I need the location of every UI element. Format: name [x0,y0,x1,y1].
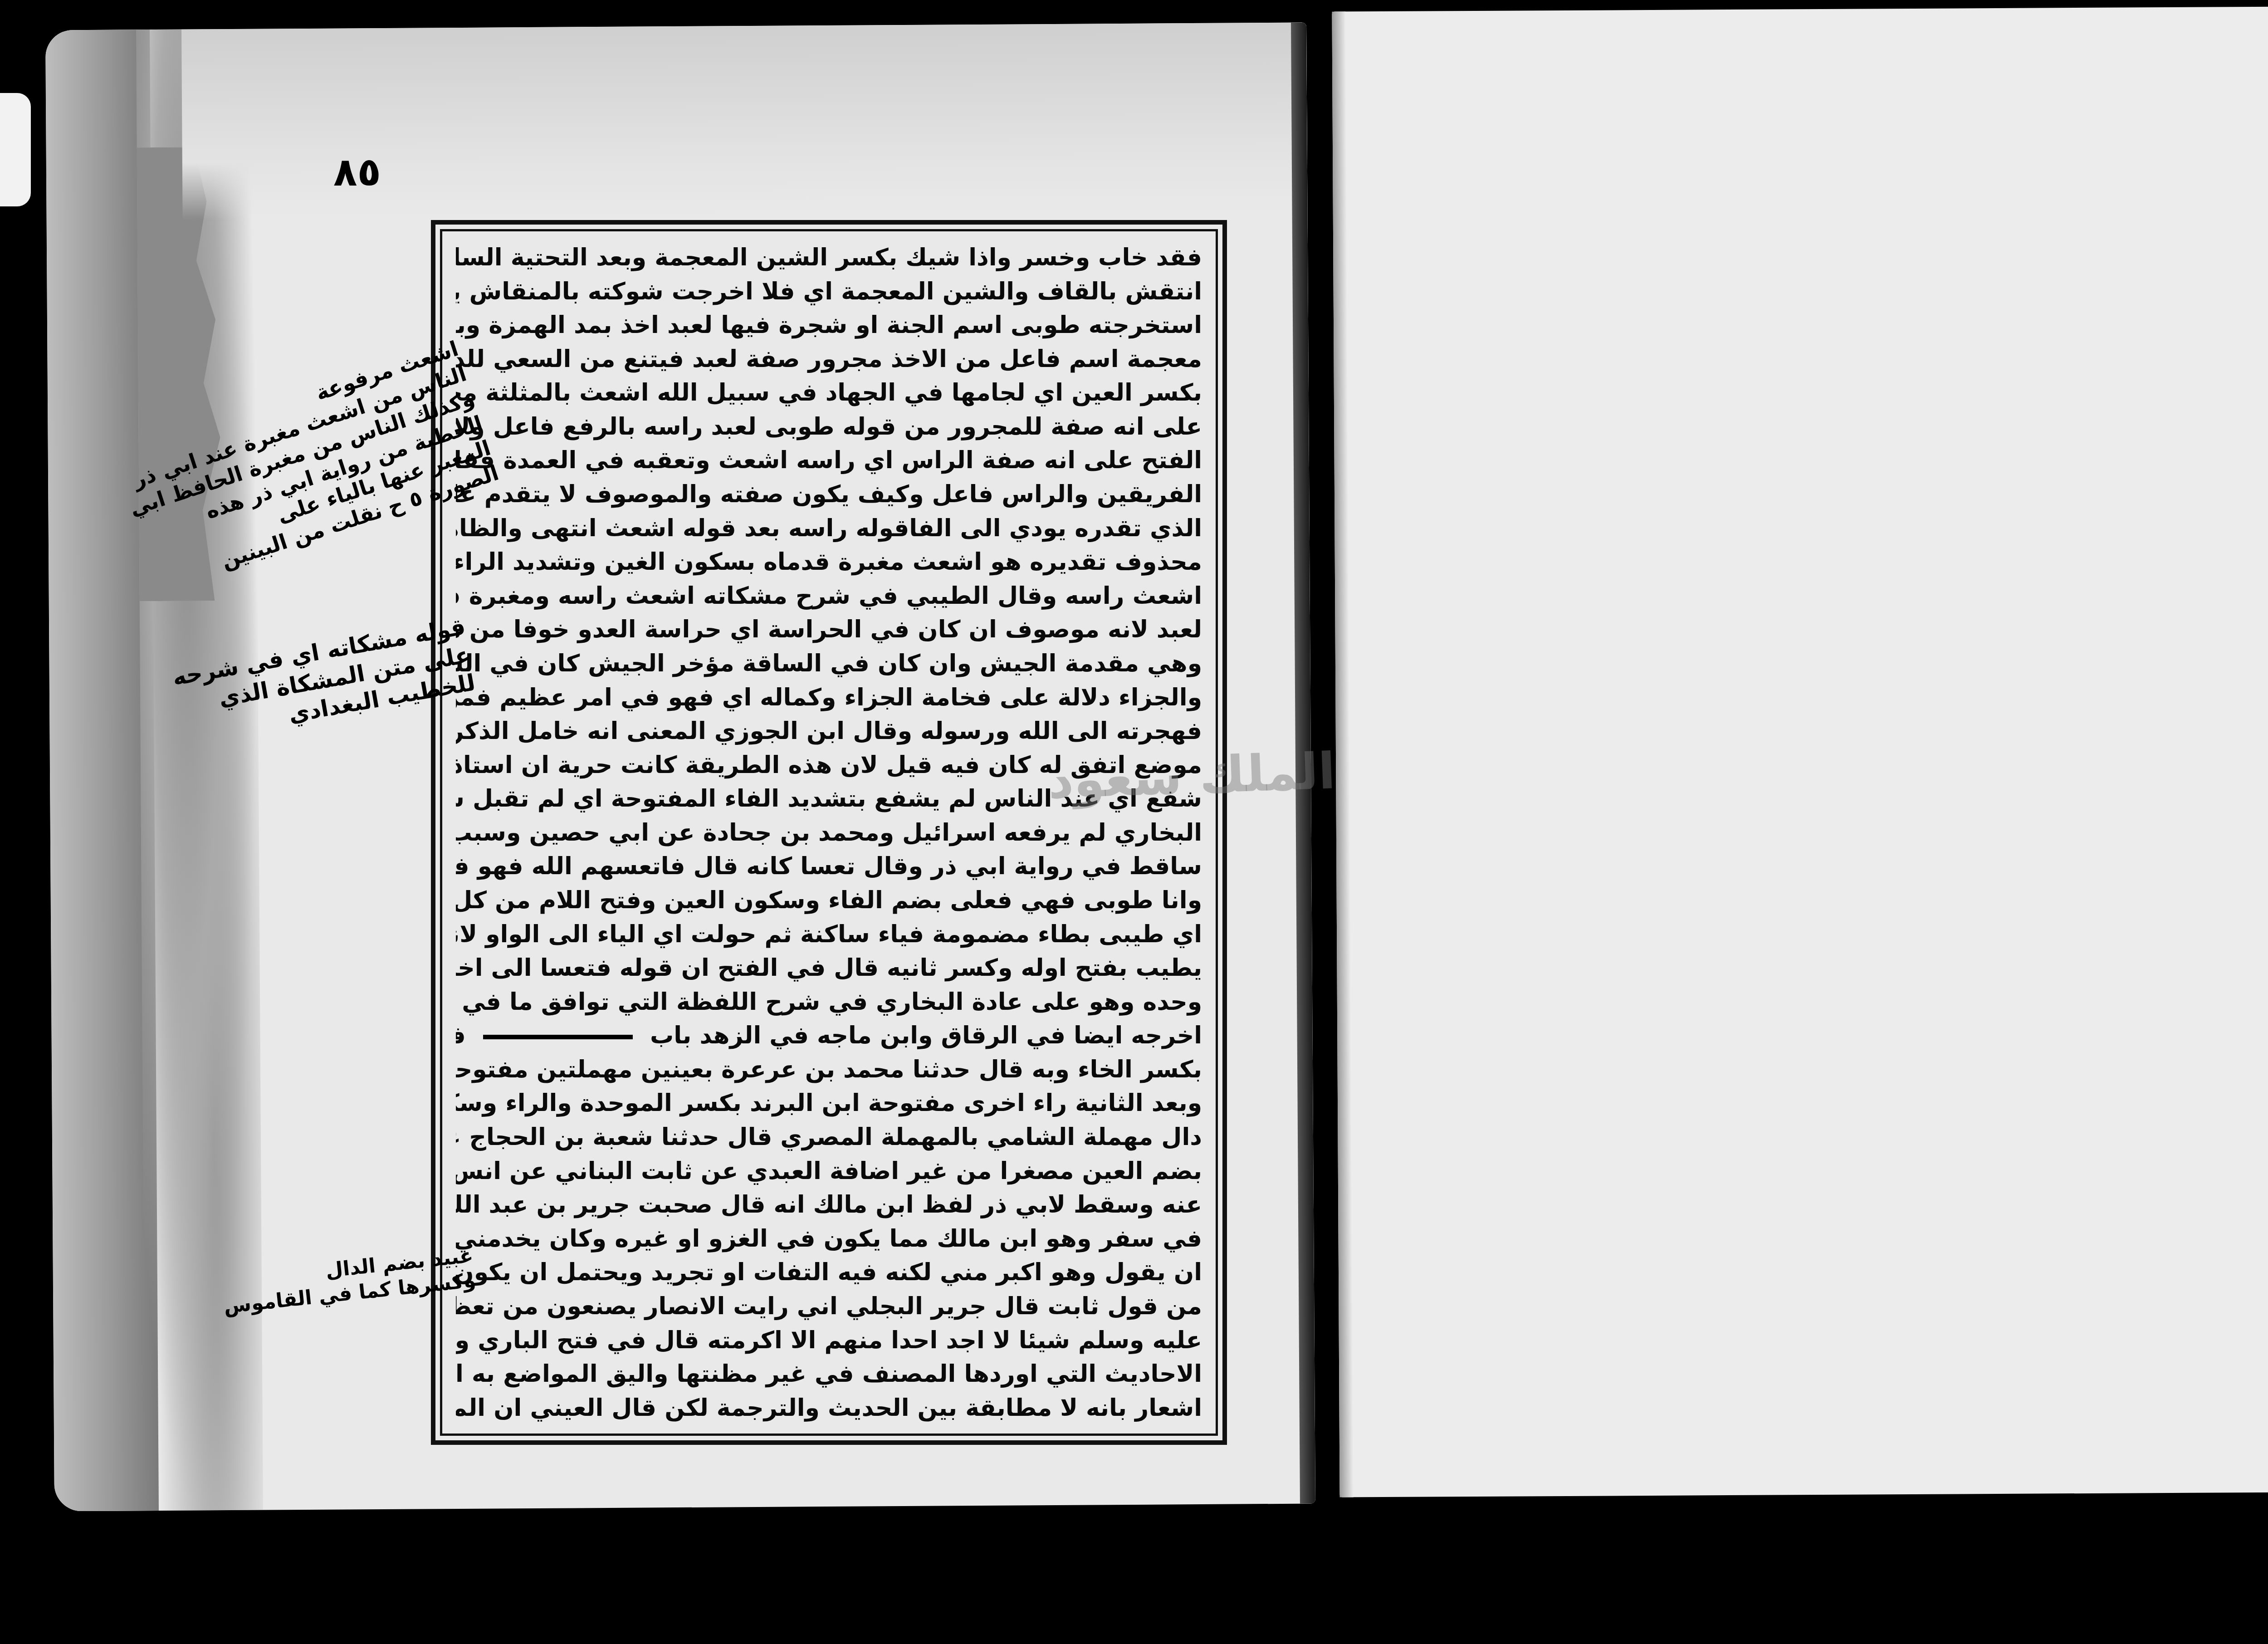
right-blank-page [1332,6,2268,1497]
section-heading: فضل الخدمة في الغزو [456,1022,466,1049]
text-line: اشعار بانه لا مطابقة بين الحديث والترجمة… [456,1392,1202,1424]
text-line: معجمة اسم فاعل من الاخذ مجرور صفة لعبد ف… [456,343,1202,376]
text-line: عنه وسقط لابي ذر لفظ ابن مالك انه قال صح… [456,1189,1202,1221]
text-line: وبعد الثانية راء اخرى مفتوحة ابن البرند … [456,1087,1202,1120]
text-line: الفريقين والراس فاعل وكيف يكون صفته والم… [456,478,1202,511]
text-line: بكسر الخاء وبه قال حدثنا محمد بن عرعرة ب… [456,1053,1202,1086]
text-line: محذوف تقديره هو اشعث مغبرة قدماه بسكون ا… [456,546,1202,578]
folio-number: ٨٥ [333,150,381,195]
text-line: الذي تقدره يودي الى الفاقوله راسه بعد قو… [456,512,1202,545]
heading-preceding-text: اخرجه ايضا في الرقاق وابن ماجه في الزهد … [650,1022,1202,1049]
text-line: ساقط في رواية ابي ذر وقال تعسا كانه قال … [456,850,1202,883]
heading-rule [483,1035,633,1039]
section-heading-line: اخرجه ايضا في الرقاق وابن ماجه في الزهد … [456,1019,1202,1052]
text-line: فهجرته الى الله ورسوله وقال ابن الجوزي ا… [456,715,1202,748]
text-line: وانا طوبى فهي فعلى بضم الفاء وسكون العين… [456,884,1202,917]
text-line: والجزاء دلالة على فخامة الجزاء وكماله اي… [456,681,1202,714]
text-line: من قول ثابت قال جرير البجلي اني رايت الا… [456,1290,1202,1323]
text-line: على انه صفة للمجرور من قوله طوبى لعبد را… [456,411,1202,443]
text-line: بضم العين مصغرا من غير اضافة العبدي عن ث… [456,1155,1202,1188]
text-line: الفتح على انه صفة الراس اي راسه اشعث وتع… [456,444,1202,477]
text-line: اشعث راسه وقال الطيبي في شرح مشكاته اشعث… [456,580,1202,612]
text-line: في سفر وهو ابن مالك مما يكون في الغزو او… [456,1223,1202,1255]
text-line: دال مهملة الشامي بالمهملة المصري قال حدث… [456,1121,1202,1154]
previous-leaf-edge [0,93,31,206]
text-line: استخرجته طوبى اسم الجنة او شجرة فيها لعب… [456,309,1202,342]
text-line: وحده وهو على عادة البخاري في شرح اللفظة … [456,986,1202,1018]
main-text-block: فقد خاب وخسر واذا شيك بكسر الشين المعجمة… [440,229,1218,1436]
text-line: عليه وسلم شيئا لا اجد احدا منهم الا اكرم… [456,1324,1202,1357]
text-line: البخاري لم يرفعه اسرائيل ومحمد بن جحادة … [456,817,1202,849]
text-line: يطيب بفتح اوله وكسر ثانيه قال في الفتح ا… [456,952,1202,984]
text-line: وهي مقدمة الجيش وان كان في الساقة مؤخر ا… [456,647,1202,680]
text-line: فقد خاب وخسر واذا شيك بكسر الشين المعجمة… [456,241,1202,274]
text-line: ان يقول وهو اكبر مني لكنه فيه التفات او … [456,1256,1202,1289]
text-line: اي طيبى بطاء مضمومة فياء ساكنة ثم حولت ا… [456,918,1202,951]
main-text-frame: فقد خاب وخسر واذا شيك بكسر الشين المعجمة… [431,220,1227,1445]
text-line: بكسر العين اي لجامها في الجهاد في سبيل ا… [456,377,1202,409]
text-line: لعبد لانه موصوف ان كان في الحراسة اي حرا… [456,613,1202,646]
text-line: انتقش بالقاف والشين المعجمة اي فلا اخرجت… [456,275,1202,308]
text-line: الاحاديث التي اوردها المصنف في غير مظنته… [456,1358,1202,1390]
